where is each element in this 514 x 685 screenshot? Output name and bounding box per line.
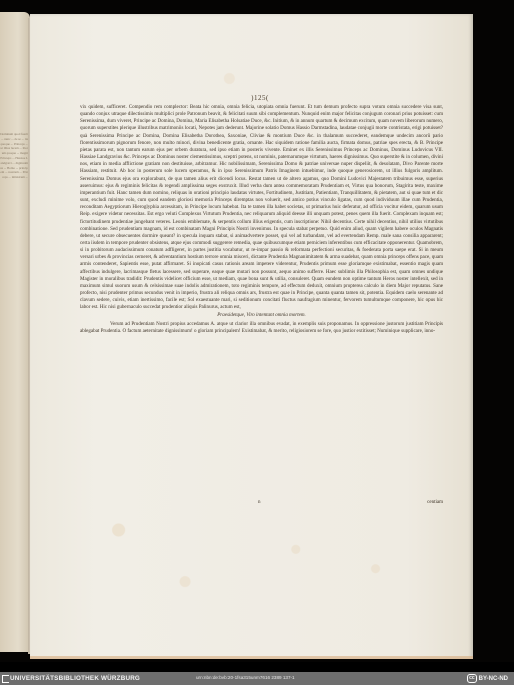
signature-mark: n — [258, 500, 261, 505]
page-text-block: vix quidem, sufficeret. Compendio rem co… — [80, 104, 443, 335]
facing-page-text: Dominum quod fuerit ... nunc ... de se .… — [0, 132, 28, 422]
institution-logo[interactable]: UNIVERSITÄTSBIBLIOTHEK WÜRZBURG — [2, 674, 140, 683]
library-logo-icon — [2, 675, 9, 683]
creative-commons-icon: cc — [467, 674, 477, 683]
scanned-page: )125( vix quidem, sufficeret. Compendio … — [30, 14, 473, 659]
license-badge[interactable]: cc BY-NC-ND — [467, 674, 508, 683]
verse-quotation: Praesidetque, Viro intentant omnia morte… — [80, 312, 443, 319]
page-number: )125( — [240, 94, 280, 102]
facing-page: Dominum quod fuerit ... nunc ... de se .… — [0, 12, 30, 652]
paragraph: vix quidem, sufficeret. Compendio rem co… — [80, 104, 443, 312]
license-label: BY-NC-ND — [479, 676, 508, 682]
document-viewer[interactable]: Dominum quod fuerit ... nunc ... de se .… — [0, 0, 514, 662]
institution-name: UNIVERSITÄTSBIBLIOTHEK WÜRZBURG — [10, 675, 140, 682]
urn-identifier[interactable]: urn:nbn:de:bvb:20-1fsa315unm7616 2389 13… — [196, 675, 295, 680]
viewer-footer-bar: UNIVERSITÄTSBIBLIOTHEK WÜRZBURG urn:nbn:… — [0, 672, 514, 685]
page-footer: n centiam — [80, 500, 443, 508]
paragraph: Verum ad Prudentiam Nostri propius acced… — [80, 321, 443, 335]
catchword: centiam — [427, 500, 443, 505]
